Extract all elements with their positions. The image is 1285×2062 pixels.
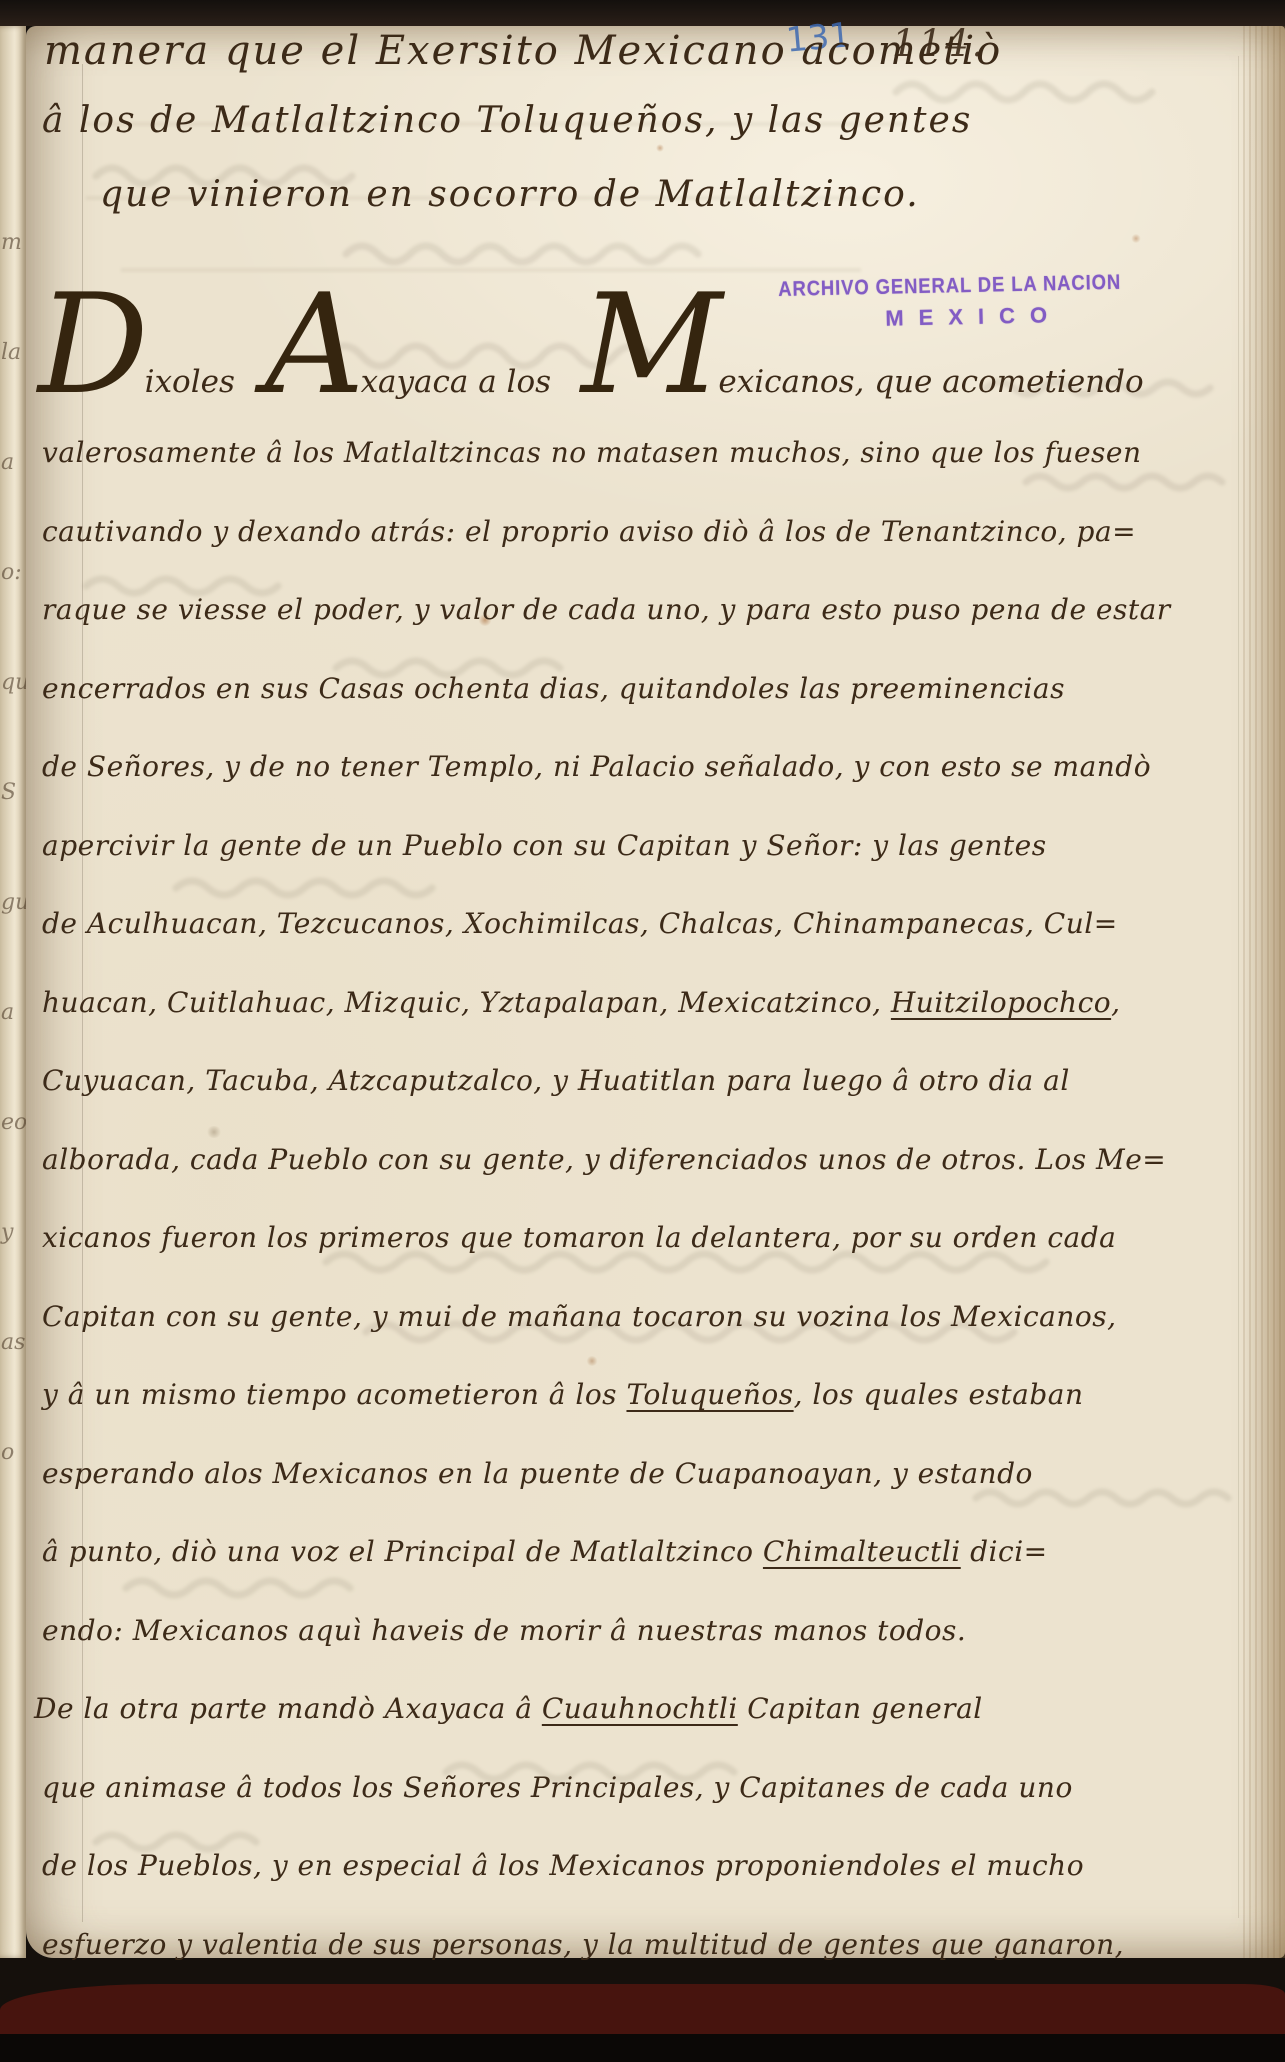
line-text: y â un mismo tiempo acometieron â los (42, 1378, 626, 1411)
page-edge-fragment: a (1, 450, 14, 475)
page-edge-fragment: eog (1, 1110, 26, 1135)
page-edge-fragment: qua (1, 670, 26, 695)
page-edge-fragment: la (1, 340, 21, 365)
page-stack-edge-bottom (55, 1950, 1285, 1986)
manuscript-line: de Señores, y de no tener Templo, ni Pal… (42, 750, 1151, 783)
foxing-spot (1131, 234, 1141, 243)
opening-text: xayaca a los (361, 364, 551, 400)
heading-line: que vinieron en socorro de Matlaltzinco. (100, 174, 920, 215)
line-text: Capitan general (738, 1692, 983, 1725)
opening-line: D ixoles A xayaca a los M exicanos, que … (38, 276, 1144, 414)
page-stack-fore-edge (1243, 26, 1285, 1958)
line-text: , (1111, 986, 1120, 1019)
line-text: dici= (961, 1535, 1048, 1568)
page-edge-fragment: o (1, 1440, 14, 1465)
page-edge-fragment: m (1, 230, 22, 255)
page-edge-fragment: S (1, 780, 16, 805)
manuscript-line: raque se viesse el poder, y valor de cad… (42, 593, 1171, 626)
ornate-initial: D (38, 276, 145, 414)
page-gutter-edge: m la a o: qua S gua a eog y as o (0, 26, 26, 1958)
book-cover-top (0, 0, 1285, 26)
line-text: , los quales estaban (794, 1378, 1084, 1411)
manuscript-line: y â un mismo tiempo acometieron â los To… (42, 1378, 1083, 1411)
margin-rule-line-right (1238, 56, 1239, 1918)
manuscript-line: huacan, Cuitlahuac, Mizquic, Yztapalapan… (42, 986, 1121, 1019)
line-text: huacan, Cuitlahuac, Mizquic, Yztapalapan… (42, 986, 891, 1019)
manuscript-line: de Aculhuacan, Tezcucanos, Xochimilcas, … (42, 907, 1118, 940)
manuscript-line: valerosamente â los Matlaltzincas no mat… (42, 436, 1142, 469)
manuscript-line: apercivir la gente de un Pueblo con su C… (42, 829, 1047, 862)
underlined-name: Huitzilopochco (891, 986, 1111, 1019)
manuscript-line: de los Pueblos, y en especial â los Mexi… (42, 1849, 1084, 1882)
line-text: De la otra parte mandò Axayaca â (34, 1692, 542, 1725)
manuscript-line: â punto, diò una voz el Principal de Mat… (42, 1535, 1048, 1568)
foxing-spot (586, 1356, 598, 1366)
line-text: â punto, diò una voz el Principal de Mat… (42, 1535, 763, 1568)
page-edge-fragment: as (1, 1330, 25, 1355)
ornate-initial: A (265, 276, 361, 414)
book-cover-bottom (0, 1984, 1285, 2036)
manuscript-page: 131 114. ARCHIVO GENERAL DE LA NACION ME… (26, 26, 1285, 1958)
opening-text: exicanos, que acometiendo (718, 364, 1143, 400)
page-edge-fragment: y (1, 1220, 13, 1245)
foxing-spot (656, 144, 664, 152)
page-edge-fragment: gua (1, 890, 26, 915)
page-edge-fragment: a (1, 1000, 14, 1025)
underlined-name: Cuauhnochtli (542, 1692, 738, 1725)
underlined-name: Toluqueños (626, 1378, 793, 1411)
heading-line: manera que el Exersito Mexicano acometiò (44, 28, 1002, 74)
background-bottom (0, 2034, 1285, 2062)
manuscript-line: Cuyuacan, Tacuba, Atzcaputzalco, y Huati… (42, 1064, 1070, 1097)
manuscript-line: cautivando y dexando atrás: el proprio a… (42, 515, 1136, 548)
manuscript-scan: m la a o: qua S gua a eog y as o (0, 0, 1285, 2062)
ornate-initial: M (581, 276, 718, 414)
manuscript-line: xicanos fueron los primeros que tomaron … (42, 1221, 1116, 1254)
manuscript-line: que animase â todos los Señores Principa… (42, 1771, 1073, 1804)
manuscript-line: alborada, cada Pueblo con su gente, y di… (42, 1143, 1166, 1176)
opening-text: ixoles (145, 364, 235, 400)
underlined-name: Chimalteuctli (763, 1535, 961, 1568)
manuscript-line: De la otra parte mandò Axayaca â Cuauhno… (34, 1692, 983, 1725)
manuscript-line: encerrados en sus Casas ochenta dias, qu… (42, 672, 1065, 705)
heading-line: â los de Matlaltzinco Toluqueños, y las … (42, 100, 972, 141)
manuscript-line: esperando alos Mexicanos en la puente de… (42, 1457, 1033, 1490)
smudge-spot (206, 1126, 222, 1138)
page-edge-fragment: o: (1, 560, 22, 585)
manuscript-line: Capitan con su gente, y mui de mañana to… (42, 1300, 1117, 1333)
manuscript-line: endo: Mexicanos aquì haveis de morir â n… (42, 1614, 966, 1647)
